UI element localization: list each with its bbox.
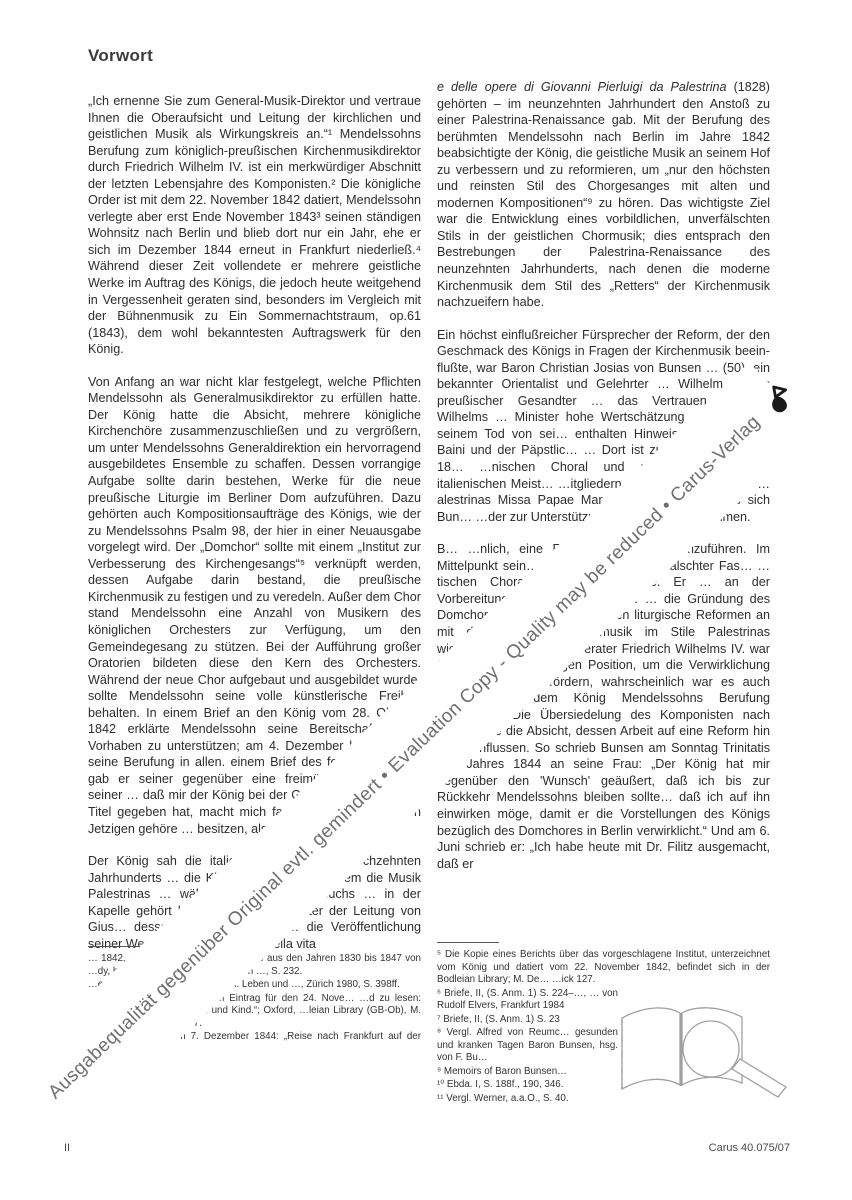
catalog-number: Carus 40.075/07 — [709, 1142, 790, 1154]
paragraph-text: (1828) gehörten – im neunzehnten Jahrhun… — [437, 80, 770, 309]
document-page: Vorwort „Ich ernenne Sie zum General-Mus… — [0, 0, 852, 1200]
page-footer: II Carus 40.075/07 — [64, 1142, 790, 1154]
footnote: ⁵ Die Kopie eines Berichts über das vorg… — [437, 949, 770, 987]
italic-book-title: e delle opere di Giovanni Pierluigi da P… — [437, 80, 727, 94]
page-title: Vorwort — [88, 46, 153, 66]
page-number: II — [64, 1142, 70, 1154]
paragraph: „Ich ernenne Sie zum General-Musik-Direk… — [88, 93, 421, 358]
paragraph: e delle opere di Giovanni Pierluigi da P… — [437, 79, 770, 311]
book-magnifier-icon — [612, 1002, 792, 1102]
carus-logo-icon — [757, 378, 799, 420]
book-magnifier-logo — [612, 1002, 792, 1102]
footnote-separator — [437, 942, 499, 943]
